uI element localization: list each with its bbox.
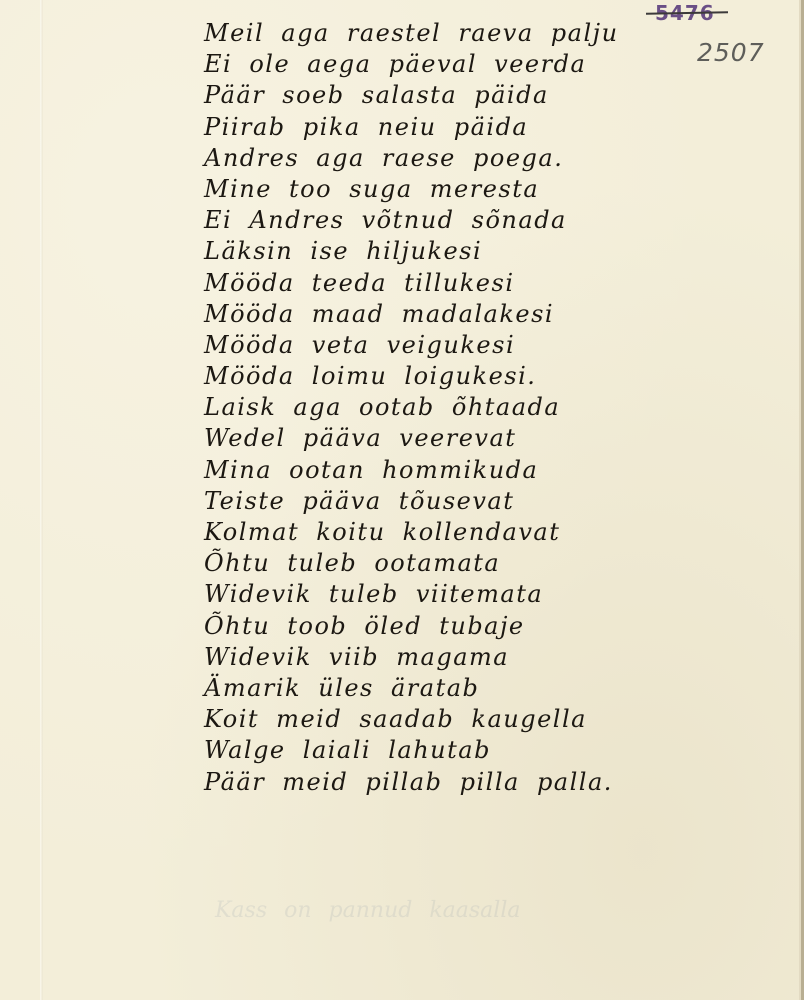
poem-line: Mööda maad madalakesi — [204, 299, 619, 330]
manuscript-page: 5476 2507 Meil aga raestel raeva palju E… — [0, 0, 804, 1000]
poem-line: Widevik tuleb viitemata — [204, 579, 619, 610]
poem-line: Mine too suga meresta — [204, 174, 619, 205]
pencil-archive-number: 2507 — [697, 38, 765, 67]
poem-line: Mina ootan hommikuda — [204, 455, 619, 486]
poem-line: Ei ole aega päeval veerda — [204, 49, 619, 80]
poem-line: Mööda loimu loigukesi. — [204, 361, 619, 392]
page-fold-line — [40, 0, 43, 1000]
poem-line: Õhtu toob öled tubaje — [204, 611, 619, 642]
poem-line: Päär meid pillab pilla palla. — [204, 767, 619, 798]
poem-line: Läksin ise hiljukesi — [204, 236, 619, 267]
poem-line: Teiste pääva tõusevat — [204, 486, 619, 517]
poem-line: Mööda veta veigukesi — [204, 330, 619, 361]
poem-line: Meil aga raestel raeva palju — [204, 18, 619, 49]
poem-line: Laisk aga ootab õhtaada — [204, 392, 619, 423]
poem-line: Walge laiali lahutab — [204, 735, 619, 766]
poem-line: Andres aga raese poega. — [204, 143, 619, 174]
bleed-through-text: Kass on pannud kaasalla — [215, 898, 520, 923]
poem-text: Meil aga raestel raeva palju Ei ole aega… — [204, 18, 619, 798]
poem-line: Kolmat koitu kollendavat — [204, 517, 619, 548]
poem-line: Päär soeb salasta päida — [204, 80, 619, 111]
poem-line: Koit meid saadab kaugella — [204, 704, 619, 735]
poem-line: Widevik viib magama — [204, 642, 619, 673]
poem-line: Ei Andres võtnud sõnada — [204, 205, 619, 236]
poem-line: Piirab pika neiu päida — [204, 112, 619, 143]
poem-line: Ämarik üles äratab — [204, 673, 619, 704]
poem-line: Mööda teeda tillukesi — [204, 268, 619, 299]
poem-line: Wedel pääva veerevat — [204, 423, 619, 454]
poem-line: Õhtu tuleb ootamata — [204, 548, 619, 579]
